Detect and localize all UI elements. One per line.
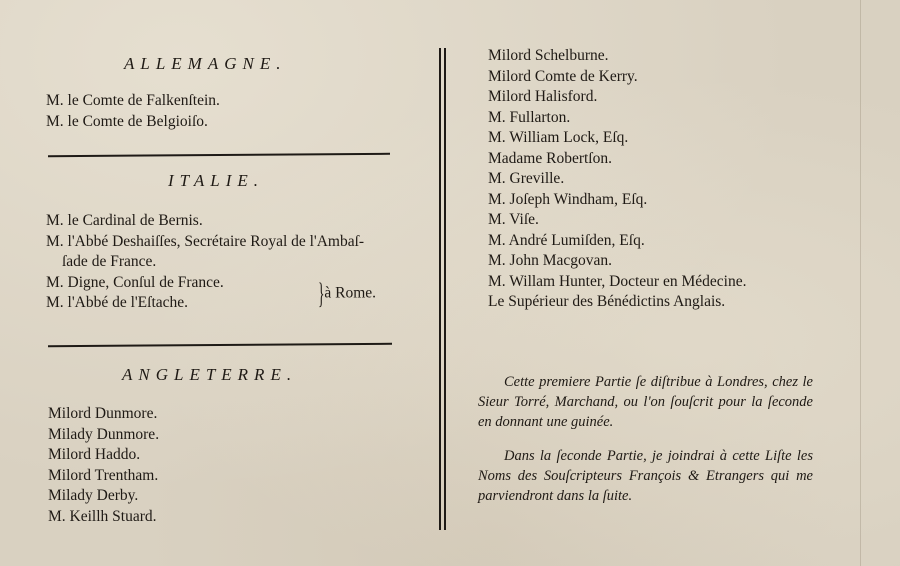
list-item: M. le Cardinal de Bernis. [46, 211, 364, 232]
list-item: Milady Dunmore. [48, 425, 159, 446]
right-column: Milord Schelburne. Milord Comte de Kerry… [450, 0, 900, 566]
list-item: M. Viſe. [488, 210, 746, 231]
list-item: Le Supérieur des Bénédictins Anglais. [488, 292, 746, 313]
list-item: M. le Comte de Falkenſtein. [46, 91, 220, 112]
list-item: M. Willam Hunter, Docteur en Médecine. [488, 272, 746, 293]
list-item: M. Keillh Stuard. [48, 507, 159, 528]
brace-note-text: à Rome. [324, 285, 376, 302]
list-item: M. William Lock, Eſq. [488, 128, 746, 149]
column-divider-double-rule [439, 48, 446, 530]
list-item: M. John Macgovan. [488, 251, 746, 272]
list-item: Madame Robertſon. [488, 149, 746, 170]
section-heading-angleterre: ANGLETERRE. [122, 365, 297, 385]
list-item: M. le Comte de Belgioiſo. [46, 112, 220, 133]
second-part-note: Dans la ſeconde Partie, je joindrai à ce… [478, 446, 813, 506]
left-column: ALLEMAGNE. M. le Comte de Falkenſtein. M… [0, 0, 440, 566]
brace-annotation: }à Rome. [314, 279, 376, 309]
list-item: M. Fullarton. [488, 108, 746, 129]
distribution-note: Cette premiere Partie ſe diſtribue à Lon… [478, 372, 813, 432]
section-rule [48, 343, 392, 347]
list-item: Milord Schelburne. [488, 46, 746, 67]
brace-icon: } [318, 279, 324, 309]
list-item: Milord Haddo. [48, 445, 159, 466]
section-heading-allemagne: ALLEMAGNE. [124, 54, 286, 74]
list-item-continuation: ſade de France. [46, 252, 364, 273]
document-page: ALLEMAGNE. M. le Comte de Falkenſtein. M… [0, 0, 900, 566]
list-item: Milady Derby. [48, 486, 159, 507]
angleterre-list-continued: Milord Schelburne. Milord Comte de Kerry… [488, 46, 746, 313]
second-part-note-text: Dans la ſeconde Partie, je joindrai à ce… [478, 448, 813, 504]
allemagne-list: M. le Comte de Falkenſtein. M. le Comte … [46, 91, 220, 132]
section-rule [48, 153, 390, 157]
list-item: M. Joſeph Windham, Eſq. [488, 190, 746, 211]
list-item: Milord Dunmore. [48, 404, 159, 425]
list-item: Milord Comte de Kerry. [488, 67, 746, 88]
section-heading-italie: ITALIE. [168, 171, 264, 191]
angleterre-list: Milord Dunmore. Milady Dunmore. Milord H… [48, 404, 159, 527]
list-item: Milord Halisford. [488, 87, 746, 108]
list-item: Milord Trentham. [48, 466, 159, 487]
distribution-note-text: Cette premiere Partie ſe diſtribue à Lon… [478, 374, 813, 430]
list-item: M. André Lumiſden, Eſq. [488, 231, 746, 252]
list-item: M. l'Abbé Deshaiſſes, Secrétaire Royal d… [46, 232, 364, 253]
list-item: M. Greville. [488, 169, 746, 190]
